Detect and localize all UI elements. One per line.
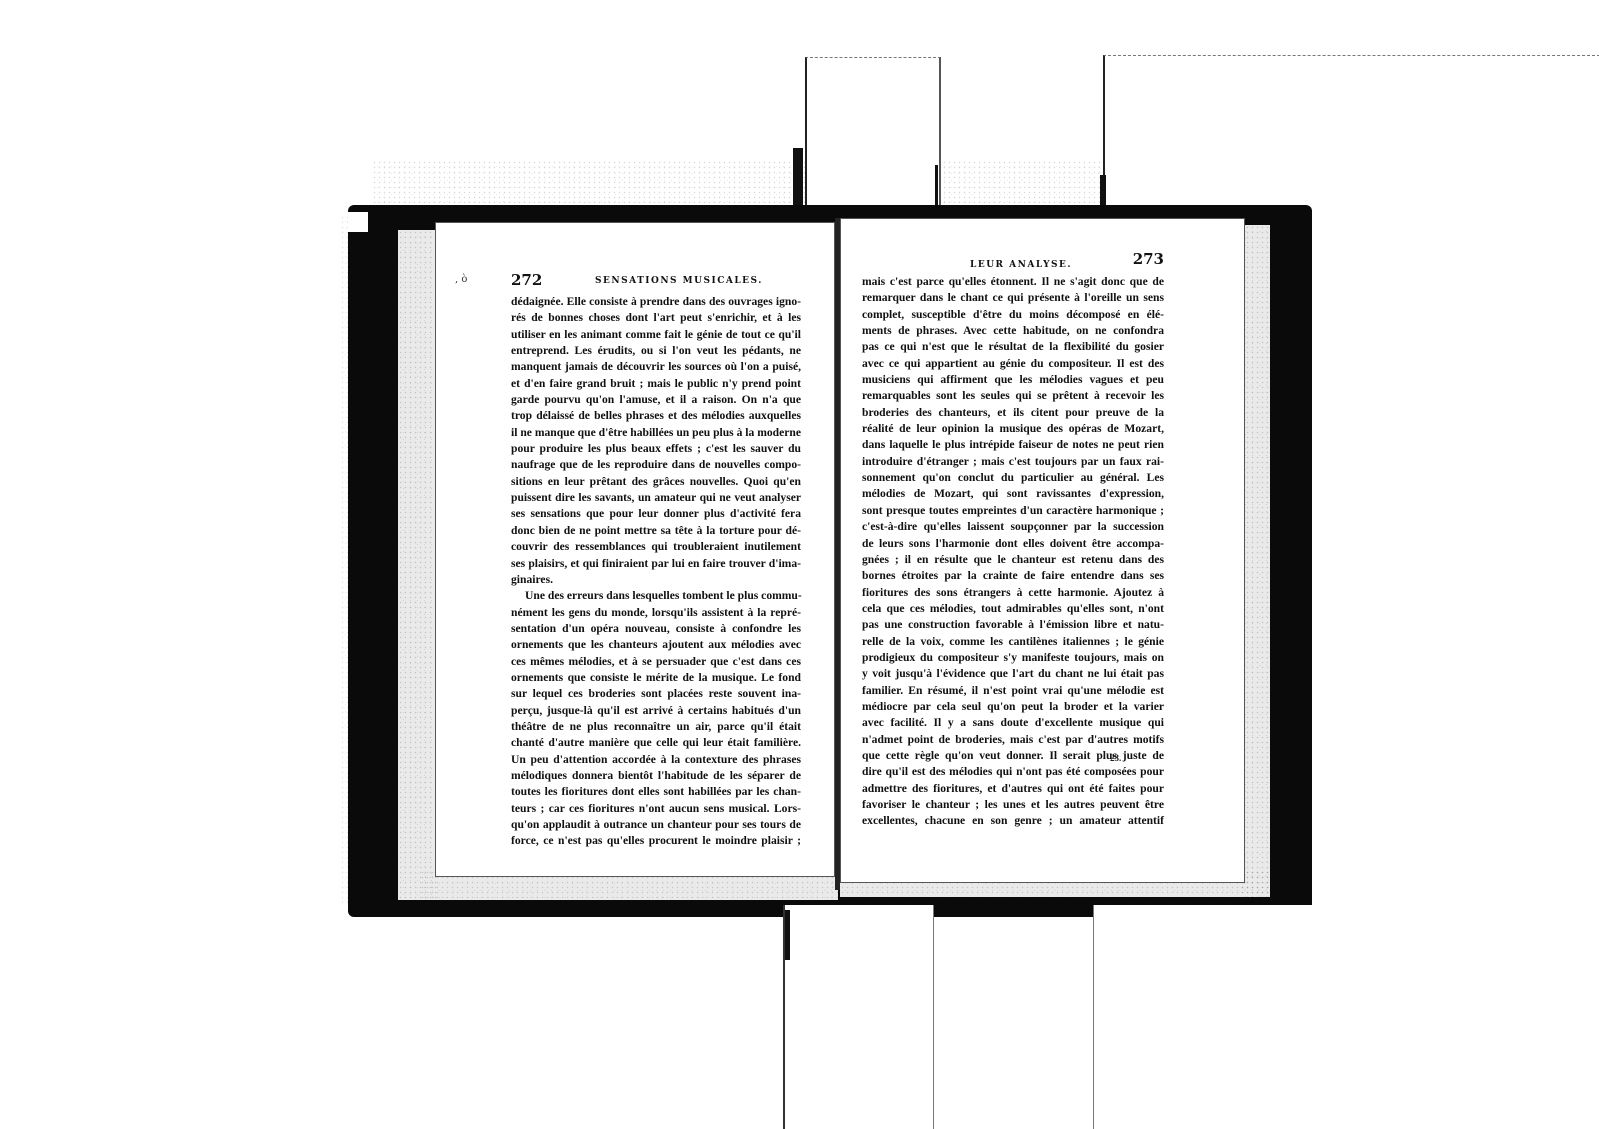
text-line: remarquables sont les seules qui se prêt…	[862, 388, 1164, 404]
text-line: dédaignée. Elle consiste à prendre dans …	[511, 294, 801, 310]
left-edge-texture	[398, 230, 438, 900]
right-page: LEUR ANALYSE. 273 mais c'est parce qu'el…	[840, 218, 1245, 883]
text-line: n'admet point de broderies, mais c'est p…	[862, 732, 1164, 748]
text-line: ses plaisirs, et qui finiraient par lui …	[511, 556, 801, 572]
text-line: mélodies de Mozart, qui sont ravissantes…	[862, 486, 1164, 502]
text-line: garde pourvu qu'on l'amuse, et il a rais…	[511, 392, 801, 408]
left-page-body: dédaignée. Elle consiste à prendre dans …	[511, 294, 801, 850]
text-line: sentation d'un opéra nouveau, consiste à…	[511, 621, 801, 637]
text-line: perçu, jusque-là qu'il est arrivé à cert…	[511, 703, 801, 719]
text-line: dire qu'il est des mélodies qui n'ont pa…	[862, 764, 1164, 780]
text-line: y voit jusqu'à l'évidence que l'art du c…	[862, 666, 1164, 682]
text-line: mais c'est parce qu'elles étonnent. Il n…	[862, 274, 1164, 290]
right-page-number: 273	[1133, 250, 1164, 268]
text-line: prodigieux du compositeur s'y manifeste …	[862, 650, 1164, 666]
text-line: excellentes, chacune en son genre ; un a…	[862, 813, 1164, 829]
text-line: avec ce qui appartient au génie du compo…	[862, 356, 1164, 372]
left-page-number: 272	[511, 271, 542, 289]
text-line: manquent jamais de découvrir les sources…	[511, 359, 801, 375]
text-line: qu'on applaudit à outrance un chanteur p…	[511, 817, 801, 833]
holder-clip-bottom-2	[1093, 905, 1599, 1129]
right-page-header: LEUR ANALYSE. 273	[862, 253, 1164, 271]
text-line: bornes étroites par la crainte de faire …	[862, 568, 1164, 584]
text-line: gnées ; il en résulte que le chanteur es…	[862, 552, 1164, 568]
text-line: pour produire les plus beaux effets ; c'…	[511, 441, 801, 457]
text-line: puissent dire les savants, un amateur qu…	[511, 490, 801, 506]
text-line: broderies des chanteurs, et ils citent p…	[862, 405, 1164, 421]
text-line: sur lequel ces broderies sont placées re…	[511, 686, 801, 702]
text-line: donc bien de ne point mettre sa tête à l…	[511, 523, 801, 539]
text-line: entreprend. Les érudits, ou si l'on veut…	[511, 343, 801, 359]
text-line: réalité de leur opinion la musique des o…	[862, 421, 1164, 437]
text-line: trop délaissé de belles phrases et des m…	[511, 408, 801, 424]
left-running-head: SENSATIONS MUSICALES.	[595, 276, 763, 286]
right-page-body: mais c'est parce qu'elles étonnent. Il n…	[862, 274, 1164, 830]
text-line: ginaires.	[511, 572, 801, 588]
text-line: et d'en faire grand bruit ; mais le publ…	[511, 376, 801, 392]
text-line: ses sensations que pour leur donner plus…	[511, 506, 801, 522]
holder-clip-bottom-bar	[785, 910, 790, 960]
text-line: teurs ; car ces fioritures n'ont aucun s…	[511, 801, 801, 817]
text-line: musiciens qui affirment que les mélodies…	[862, 372, 1164, 388]
text-line: chanté d'autre manière que celle qui leu…	[511, 735, 801, 751]
left-page: 272 SENSATIONS MUSICALES. dédaignée. Ell…	[435, 222, 835, 877]
text-line: ornements que les chanteurs ajoutent aux…	[511, 637, 801, 653]
text-line: fioritures des sons étrangers à cette ha…	[862, 585, 1164, 601]
text-line: admettre des fioritures, et d'autres qui…	[862, 781, 1164, 797]
text-line: complet, susceptible d'être du moins déc…	[862, 307, 1164, 323]
text-line: favoriser le chanteur ; les unes et les …	[862, 797, 1164, 813]
cover-corner	[348, 212, 368, 232]
text-line: relle de la voix, comme les cantilènes i…	[862, 634, 1164, 650]
text-line: théâtre de ne plus reconnaître un air, p…	[511, 719, 801, 735]
text-line: de leurs sons l'harmonie dont elles doiv…	[862, 536, 1164, 552]
text-line: sont presque toutes empreintes d'un cara…	[862, 503, 1164, 519]
text-line: sonnement qu'on conclut du particulier a…	[862, 470, 1164, 486]
right-running-head: LEUR ANALYSE.	[970, 260, 1072, 270]
text-line: médiocre par cela seul qu'on peut la bro…	[862, 699, 1164, 715]
text-line: cela que ces mélodies, tout admirables q…	[862, 601, 1164, 617]
text-line: familier. En résumé, il n'est point vrai…	[862, 683, 1164, 699]
holder-clip-top-2	[1103, 55, 1599, 206]
text-line: toutes les fioritures dont elles sont ha…	[511, 784, 801, 800]
text-line: couvrir des ressemblances qui troublerai…	[511, 539, 801, 555]
left-page-header: 272 SENSATIONS MUSICALES.	[511, 274, 801, 292]
text-line: utiliser en les animant comme fait le gé…	[511, 327, 801, 343]
text-line: rés de bonnes choses dont l'art peut s'e…	[511, 310, 801, 326]
text-line: mélodiques donnera bientôt l'habitude de…	[511, 768, 801, 784]
text-line: Un peu d'attention accordée à la context…	[511, 752, 801, 768]
text-line: introduire d'étranger ; mais c'est toujo…	[862, 454, 1164, 470]
text-line: sitions en leur prêtant des grâces nouve…	[511, 474, 801, 490]
holder-clip-bottom-1	[783, 905, 934, 1129]
margin-mark: , ò	[455, 274, 467, 285]
text-line: ornements que consiste le mérite de la m…	[511, 670, 801, 686]
signature-mark: 23.	[1110, 753, 1121, 763]
text-line: nément les gens du monde, lorsqu'ils ass…	[511, 605, 801, 621]
holder-clip-top-1	[805, 57, 941, 218]
text-line: avec facilité. Il y a sans doute d'excel…	[862, 715, 1164, 731]
text-line: force, ce n'est pas qu'elles procurent l…	[511, 833, 801, 849]
text-line: pas ce qui n'est que le résultat de la f…	[862, 339, 1164, 355]
text-line: ments de phrases. Avec cette habitude, o…	[862, 323, 1164, 339]
holder-clip-bar-2	[1100, 175, 1106, 205]
text-line: dans laquelle le plus intrépide faiseur …	[862, 437, 1164, 453]
text-line: c'est-à-dire qu'elles laissent soupçonne…	[862, 519, 1164, 535]
text-line: pas une construction favorable à l'émiss…	[862, 617, 1164, 633]
text-line: naufrage que de les reproduire dans de n…	[511, 457, 801, 473]
text-line: ces mêmes mélodies, et à se persuader qu…	[511, 654, 801, 670]
holder-clip-bar-3	[935, 165, 938, 210]
text-line: remarquer dans le chant ce qui présente …	[862, 290, 1164, 306]
text-line: Une des erreurs dans lesquelles tombent …	[511, 588, 801, 604]
text-line: il ne manque que d'être habillées un peu…	[511, 425, 801, 441]
